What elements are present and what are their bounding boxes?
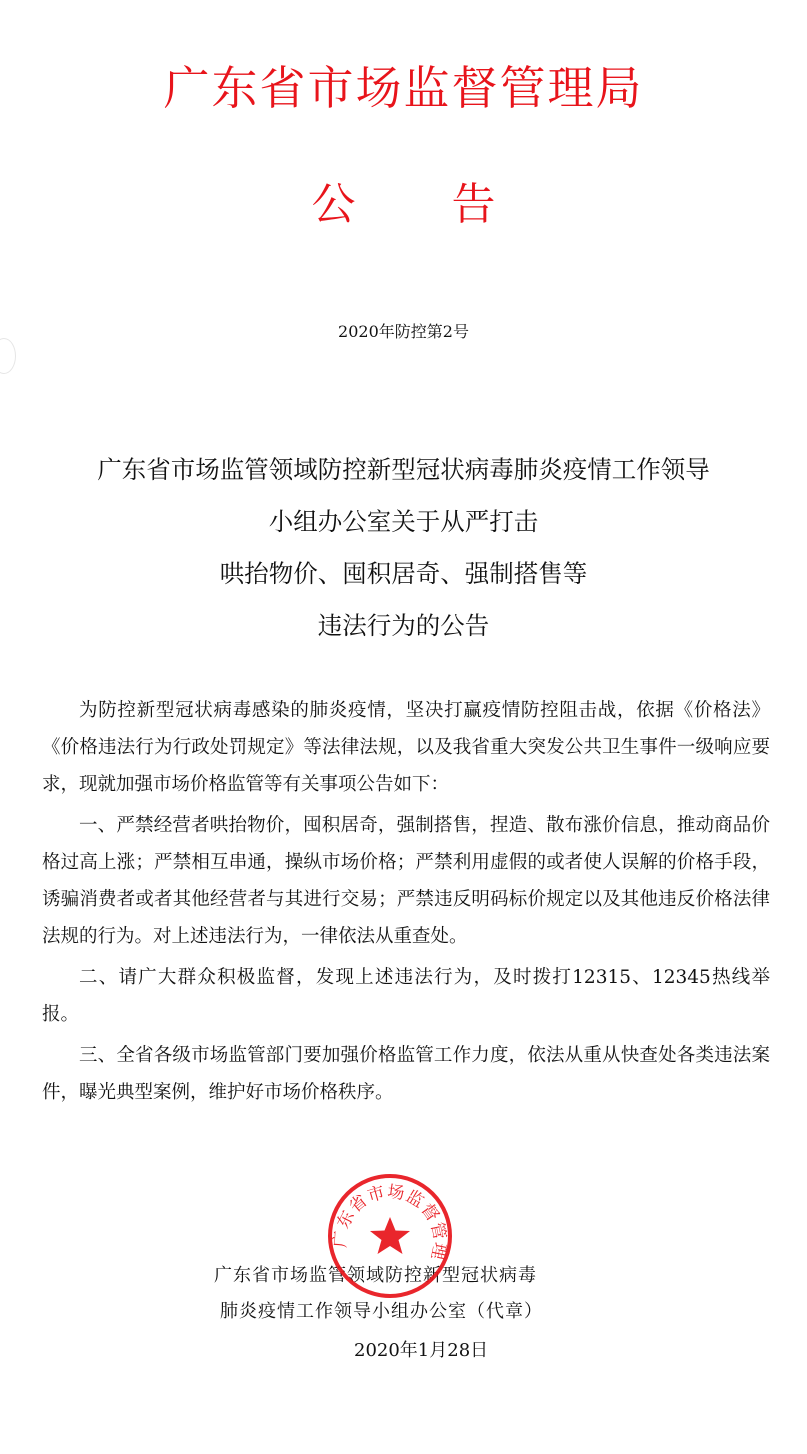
svg-text:广东省市场监督管理局: 广东省市场监督管理局 [327, 1173, 450, 1262]
notice-char-gong: 公 [312, 175, 356, 235]
notice-char-gao: 告 [452, 175, 496, 235]
notice-heading: 公告 [0, 175, 807, 235]
body-paragraph-intro: 为防控新型冠状病毒感染的肺炎疫情，坚决打赢疫情防控阻击战，依据《价格法》《价格违… [42, 692, 770, 803]
seal-text: 广东省市场监督管理局 [327, 1173, 450, 1262]
signature-date: 2020年1月28日 [180, 1333, 630, 1369]
signature-line-2: 肺炎疫情工作领导小组办公室（代章） [180, 1294, 630, 1330]
title-line: 广东省市场监管领域防控新型冠状病毒肺炎疫情工作领导 [0, 444, 807, 496]
document-number: 2020年防控第2号 [0, 320, 807, 344]
document-body: 为防控新型冠状病毒感染的肺炎疫情，坚决打赢疫情防控阻击战，依据《价格法》《价格违… [42, 692, 770, 1115]
official-seal: 广东省市场监督管理局 [327, 1173, 453, 1299]
body-paragraph-item-1: 一、严禁经营者哄抬物价，囤积居奇，强制搭售，捏造、散布涨价信息，推动商品价格过高… [42, 807, 770, 955]
title-line: 哄抬物价、囤积居奇、强制搭售等 [0, 548, 807, 600]
star-icon [370, 1217, 410, 1254]
body-paragraph-item-2: 二、请广大群众积极监督，发现上述违法行为，及时拨打12315、12345热线举报… [42, 959, 770, 1033]
title-line: 违法行为的公告 [0, 600, 807, 652]
title-line: 小组办公室关于从严打击 [0, 496, 807, 548]
document-title: 广东省市场监管领域防控新型冠状病毒肺炎疫情工作领导 小组办公室关于从严打击 哄抬… [0, 444, 807, 652]
body-paragraph-item-3: 三、全省各级市场监管部门要加强价格监管工作力度，依法从重从快查处各类违法案件，曝… [42, 1037, 770, 1111]
agency-header: 广东省市场监督管理局 [0, 58, 807, 118]
